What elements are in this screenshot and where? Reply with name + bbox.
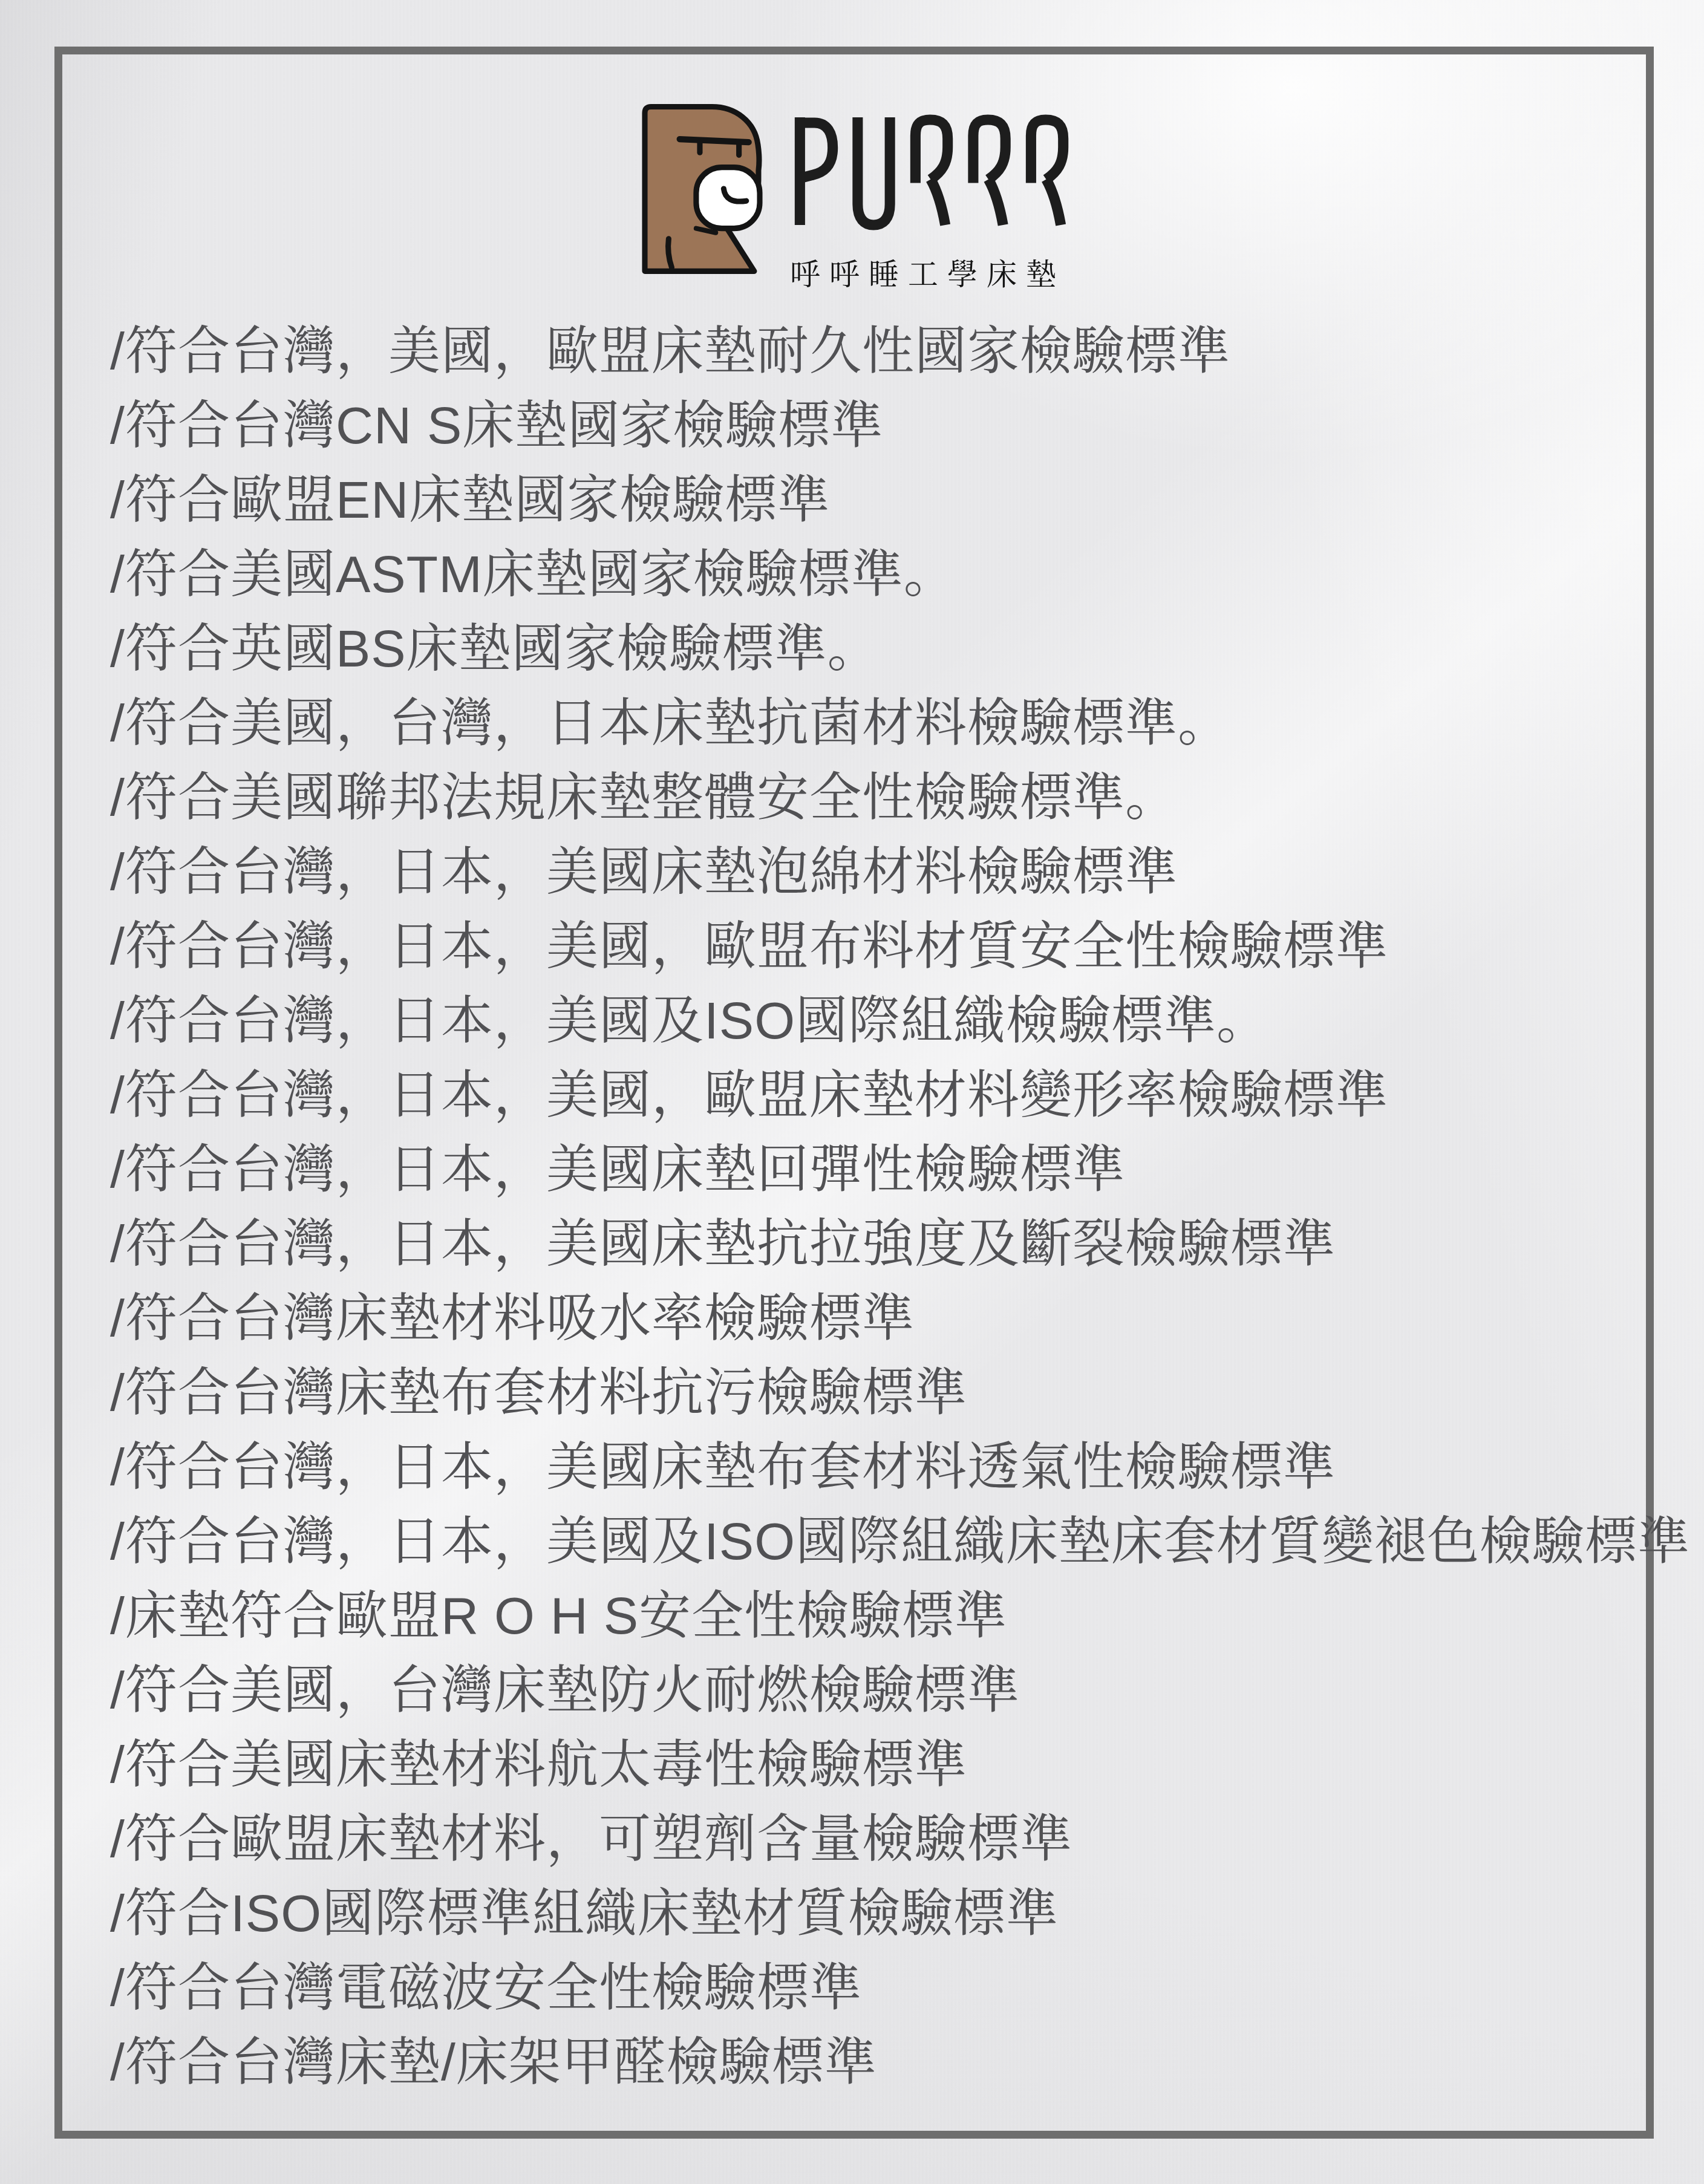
standard-line: /符合台灣，日本，美國及ISO國際組織床墊床套材質變褪色檢驗標準 [110,1505,1634,1579]
standard-line: /床墊符合歐盟R O H S安全性檢驗標準 [110,1579,1634,1654]
standard-line: /符合美國床墊材料航太毒性檢驗標準 [110,1728,1634,1802]
purrr-wordmark [790,115,1067,227]
standard-line: /符合台灣，日本，美國床墊泡綿材料檢驗標準 [110,835,1634,910]
standard-line: /符合台灣，日本，美國床墊抗拉強度及斷裂檢驗標準 [110,1207,1634,1282]
standard-line: /符合台灣，日本，美國床墊回彈性檢驗標準 [110,1133,1634,1207]
standard-line: /符合台灣床墊材料吸水率檢驗標準 [110,1282,1634,1356]
standard-line: /符合台灣，日本，美國，歐盟床墊材料變形率檢驗標準 [110,1058,1634,1133]
standard-line: /符合台灣，日本，美國床墊布套材料透氣性檢驗標準 [110,1430,1634,1505]
standard-line: /符合ISO國際標準組織床墊材質檢驗標準 [110,1877,1634,1951]
standard-line: /符合歐盟床墊材料，可塑劑含量檢驗標準 [110,1802,1634,1877]
standard-line: /符合台灣，美國，歐盟床墊耐久性國家檢驗標準 [110,315,1634,389]
purrr-mascot-icon [645,106,761,277]
standards-list: /符合台灣，美國，歐盟床墊耐久性國家檢驗標準/符合台灣CN S床墊國家檢驗標準/… [110,315,1634,2100]
standard-line: /符合美國，台灣，日本床墊抗菌材料檢驗標準。 [110,686,1634,761]
standard-line: /符合台灣床墊/床架甲醛檢驗標準 [110,2026,1634,2100]
standard-line: /符合台灣，日本，美國，歐盟布料材質安全性檢驗標準 [110,910,1634,984]
standard-line: /符合英國BS床墊國家檢驗標準。 [110,612,1634,686]
standard-line: /符合歐盟EN床墊國家檢驗標準 [110,463,1634,538]
standard-line: /符合台灣床墊布套材料抗污檢驗標準 [110,1356,1634,1430]
standard-line: /符合美國聯邦法規床墊整體安全性檢驗標準。 [110,761,1634,835]
standard-line: /符合台灣電磁波安全性檢驗標準 [110,1951,1634,2026]
standard-line: /符合美國ASTM床墊國家檢驗標準。 [110,538,1634,612]
standard-line: /符合台灣，日本，美國及ISO國際組織檢驗標準。 [110,984,1634,1058]
standard-line: /符合台灣CN S床墊國家檢驗標準 [110,389,1634,463]
standard-line: /符合美國，台灣床墊防火耐燃檢驗標準 [110,1654,1634,1728]
logo-subtitle: 呼呼睡工學床墊 [790,250,1080,294]
